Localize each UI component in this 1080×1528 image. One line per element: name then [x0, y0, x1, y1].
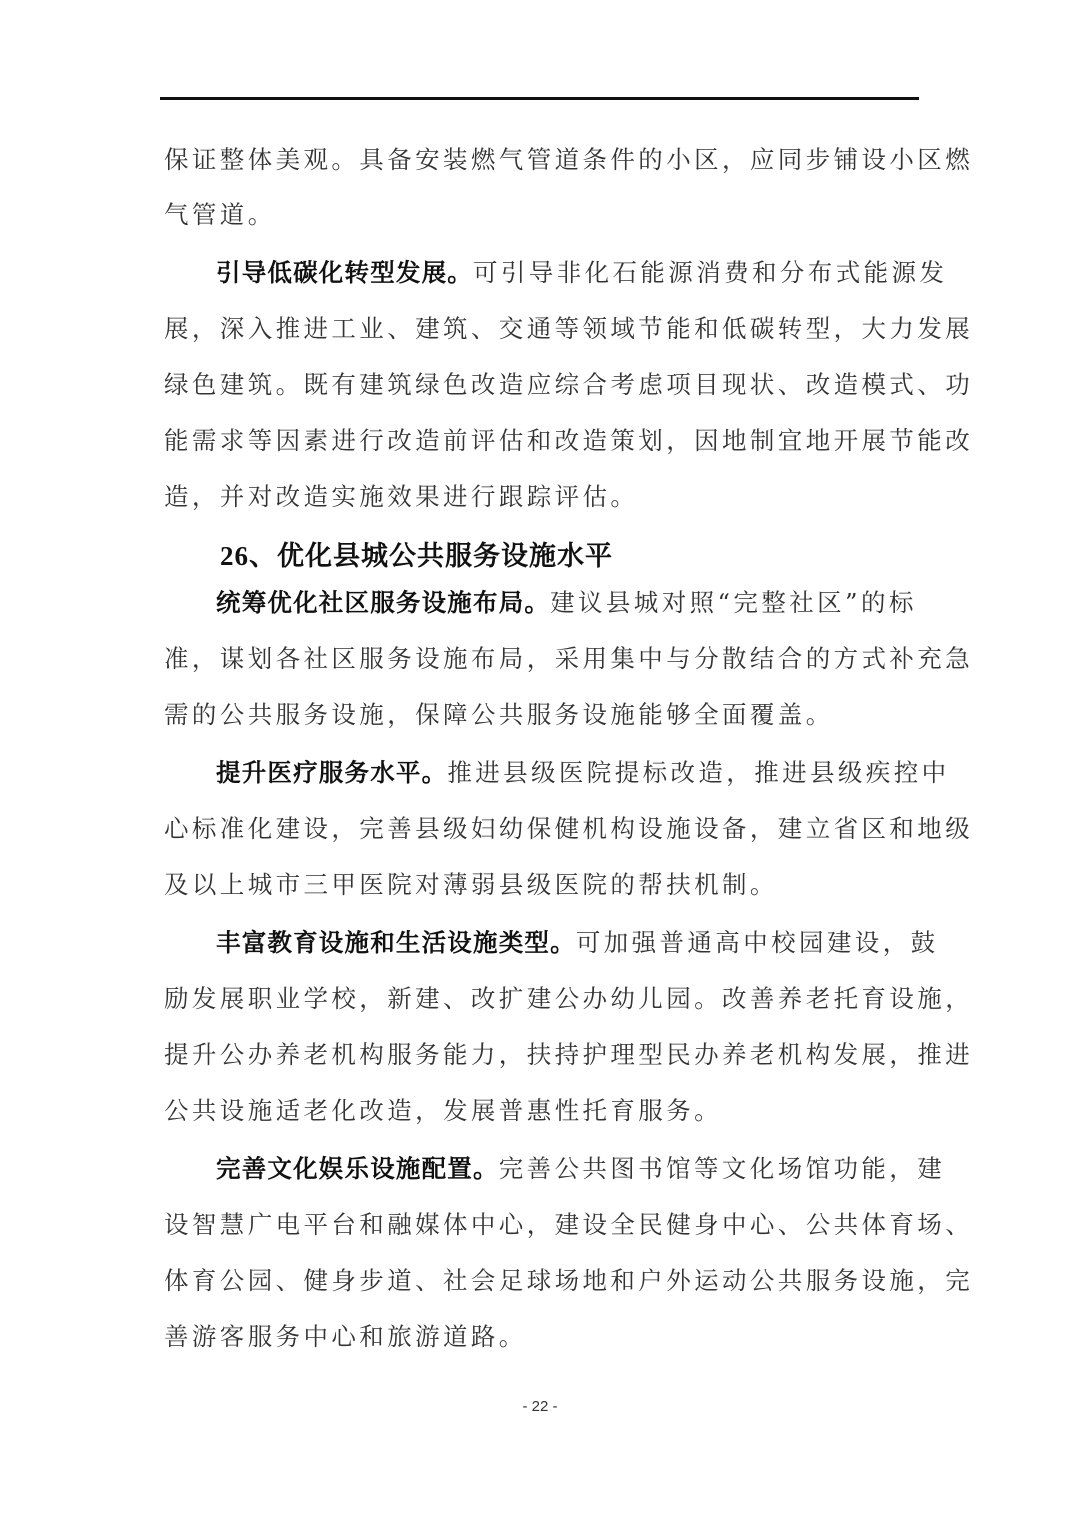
body-text-line: 气管道。: [164, 195, 916, 235]
body-text-line: 绿色建筑。既有建筑绿色改造应综合考虑项目现状、改造模式、功: [164, 365, 916, 405]
body-text-line: 能需求等因素进行改造前评估和改造策划，因地制宜地开展节能改: [164, 421, 916, 461]
body-text-line: 保证整体美观。具备安装燃气管道条件的小区，应同步铺设小区燃: [164, 140, 916, 180]
paragraph-first-line: 统筹优化社区服务设施布局。建议县城对照“完整社区”的标: [216, 583, 916, 623]
body-text-line: 提升公办养老机构服务能力，扶持护理型民办养老机构发展，推进: [164, 1035, 916, 1075]
section-title: 优化县城公共服务设施水平: [277, 541, 613, 572]
paragraph-first-line: 引导低碳化转型发展。可引导非化石能源消费和分布式能源发: [216, 253, 916, 293]
section-heading: 26、优化县城公共服务设施水平: [220, 534, 613, 578]
paragraph-first-line: 丰富教育设施和生活设施类型。可加强普通高中校园建设，鼓: [216, 923, 916, 963]
body-text: 完善公共图书馆等文化场馆功能，建: [499, 1154, 945, 1183]
body-text: 可引导非化石能源消费和分布式能源发: [473, 258, 947, 287]
header-rule: [160, 97, 919, 100]
paragraph-lead-heading: 丰富教育设施和生活设施类型。: [216, 928, 576, 957]
paragraph-lead-heading: 引导低碳化转型发展。: [216, 258, 473, 287]
paragraph-lead-heading: 完善文化娱乐设施配置。: [216, 1154, 499, 1183]
body-text-line: 及以上城市三甲医院对薄弱县级医院的帮扶机制。: [164, 865, 916, 905]
paragraph-lead-heading: 提升医疗服务水平。: [216, 758, 447, 787]
paragraph-first-line: 完善文化娱乐设施配置。完善公共图书馆等文化场馆功能，建: [216, 1149, 916, 1189]
body-text-line: 公共设施适老化改造，发展普惠性托育服务。: [164, 1091, 916, 1131]
paragraph-lead-heading: 统筹优化社区服务设施布局。: [216, 588, 550, 617]
body-text-line: 励发展职业学校，新建、改扩建公办幼儿园。改善养老托育设施，: [164, 979, 916, 1019]
body-text: 推进县级医院提标改造，推进县级疾控中: [447, 758, 949, 787]
body-text-line: 善游客服务中心和旅游道路。: [164, 1317, 916, 1357]
body-text-line: 心标准化建设，完善县级妇幼保健机构设施设备，建立省区和地级: [164, 809, 916, 849]
body-text-line: 准，谋划各社区服务设施布局，采用集中与分散结合的方式补充急: [164, 639, 916, 679]
body-text-line: 体育公园、健身步道、社会足球场地和户外运动公共服务设施，完: [164, 1261, 916, 1301]
body-text-line: 设智慧广电平台和融媒体中心，建设全民健身中心、公共体育场、: [164, 1205, 916, 1245]
paragraph-first-line: 提升医疗服务水平。推进县级医院提标改造，推进县级疾控中: [216, 753, 916, 793]
body-text-line: 造，并对改造实施效果进行跟踪评估。: [164, 477, 916, 517]
body-text: 可加强普通高中校园建设，鼓: [576, 928, 939, 957]
document-page: 保证整体美观。具备安装燃气管道条件的小区，应同步铺设小区燃 气管道。 引导低碳化…: [0, 0, 1080, 1528]
section-number: 26、: [220, 541, 277, 571]
body-text-line: 展，深入推进工业、建筑、交通等领域节能和低碳转型，大力发展: [164, 309, 916, 349]
body-text: 建议县城对照“完整社区”的标: [550, 588, 917, 617]
page-number: - 22 -: [500, 1398, 580, 1415]
body-text-line: 需的公共服务设施，保障公共服务设施能够全面覆盖。: [164, 695, 916, 735]
